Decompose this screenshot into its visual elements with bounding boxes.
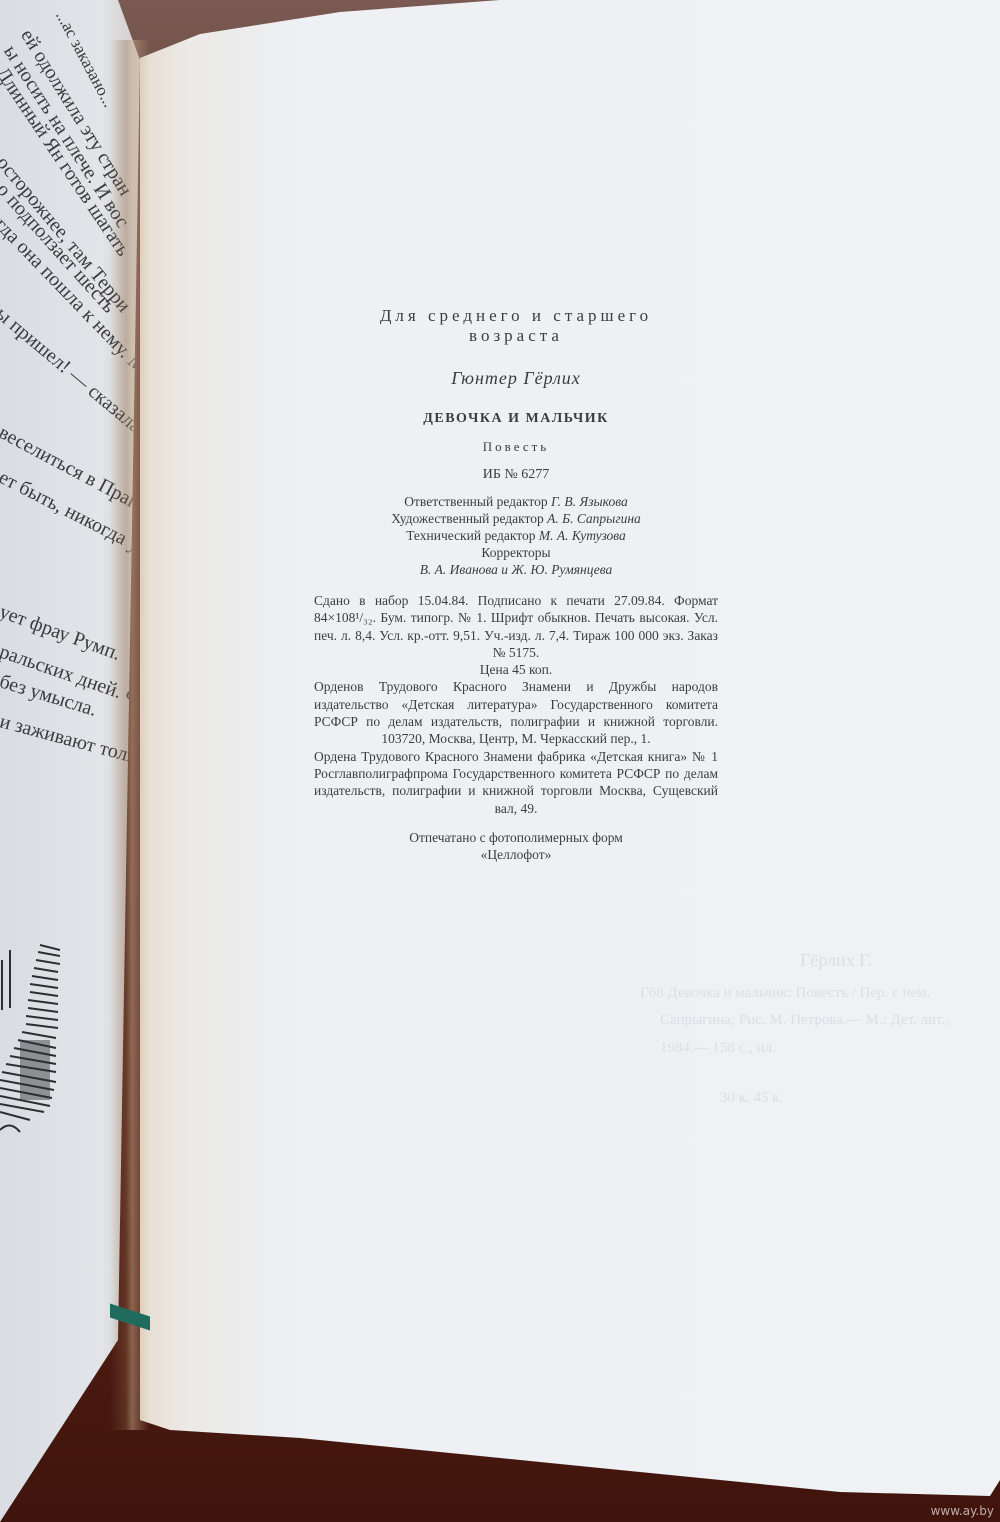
credit-role: Ответственный редактор	[404, 494, 547, 509]
ghost-line: Гёрлих Г.	[800, 950, 872, 971]
credit-line: Художественный редактор А. Б. Сапрыгина	[314, 510, 718, 527]
ghost-line: Г68 Девочка и мальчик: Повесть / Пер. с …	[640, 985, 930, 1002]
ghost-line: 30 к. 45 к.	[720, 1090, 783, 1107]
author-name: Гюнтер Гёрлих	[314, 368, 718, 389]
genre-label: Повесть	[314, 439, 718, 455]
ghost-line: Сапрыгина; Рис. М. Петрова.— М.: Дет. ли…	[660, 1012, 949, 1029]
book-title: ДЕВОЧКА И МАЛЬЧИК	[314, 411, 718, 427]
credit-role: Корректоры	[314, 544, 718, 561]
printed-from-line: «Целлофот»	[314, 846, 718, 863]
audience-line: возраста	[314, 326, 718, 346]
colophon: Для среднего и старшего возраста Гюнтер …	[314, 306, 718, 863]
publisher-info: Орденов Трудового Красного Знамени и Дру…	[314, 678, 718, 747]
audience-line: Для среднего и старшего	[314, 306, 718, 326]
credit-name: А. Б. Сапрыгина	[547, 511, 641, 526]
printed-from-line: Отпечатано с фотополимерных форм	[314, 829, 718, 846]
watermark: www.ay.by	[931, 1504, 994, 1518]
price: Цена 45 коп.	[314, 661, 718, 678]
credit-name: М. А. Кутузова	[539, 528, 626, 543]
imprint-block: Сдано в набор 15.04.84. Подписано к печа…	[314, 592, 718, 817]
book-gutter	[110, 40, 150, 1430]
ib-number: ИБ № 6277	[314, 467, 718, 483]
ghost-line: 1984.— 158 с., ил.	[660, 1040, 776, 1057]
print-details: Сдано в набор 15.04.84. Подписано к печа…	[314, 592, 718, 661]
editor-credits: Ответственный редактор Г. В. Языкова Худ…	[314, 493, 718, 578]
credit-name: В. А. Иванова и Ж. Ю. Румянцева	[314, 561, 718, 578]
credit-name: Г. В. Языкова	[551, 494, 628, 509]
credit-role: Технический редактор	[406, 528, 535, 543]
printed-from: Отпечатано с фотополимерных форм «Целлоф…	[314, 829, 718, 863]
building-sketch-illustration	[0, 920, 60, 1150]
printer-info: Ордена Трудового Красного Знамени фабрик…	[314, 748, 718, 817]
credit-role: Художественный редактор	[391, 511, 544, 526]
credit-line: Ответственный редактор Г. В. Языкова	[314, 493, 718, 510]
credit-line: Технический редактор М. А. Кутузова	[314, 527, 718, 544]
audience-label: Для среднего и старшего возраста	[314, 306, 718, 346]
